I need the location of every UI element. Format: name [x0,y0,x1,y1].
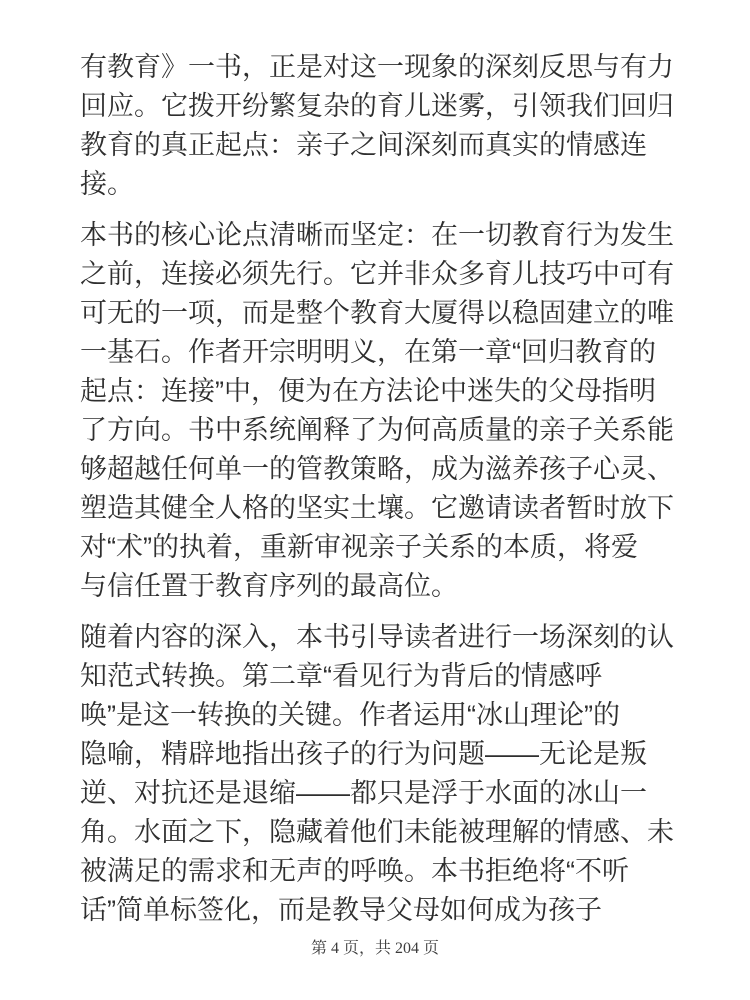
text-line: 唤”是这一转换的关键。作者运用“冰山理论”的 [80,696,680,735]
text-line: 角。水面之下，隐藏着他们未能被理解的情感、未 [80,813,680,852]
text-line: 可无的一项，而是整个教育大厦得以稳固建立的唯 [80,294,680,333]
text-line: 随着内容的深入，本书引导读者进行一场深刻的认 [80,618,680,657]
text-line: 之前，连接必须先行。它并非众多育儿技巧中可有 [80,255,680,294]
text-line: 够超越任何单一的管教策略，成为滋养孩子心灵、 [80,450,680,489]
text-line: 对“术”的执着，重新审视亲子关系的本质，将爱 [80,528,680,567]
text-line: 接。 [80,165,680,204]
text-line: 一基石。作者开宗明明义，在第一章“回归教育的 [80,333,680,372]
text-line: 了方向。书中系统阐释了为何高质量的亲子关系能 [80,411,680,450]
page-number-footer: 第 4 页，共 204 页 [0,938,750,960]
paragraph: 有教育》一书，正是对这一现象的深刻反思与有力 回应。它拨开纷繁复杂的育儿迷雾，引… [80,48,680,204]
text-line: 教育的真正起点：亲子之间深刻而真实的情感连 [80,126,680,165]
text-line: 逆、对抗还是退缩——都只是浮于水面的冰山一 [80,774,680,813]
text-line: 回应。它拨开纷繁复杂的育儿迷雾，引领我们回归 [80,87,680,126]
text-line: 被满足的需求和无声的呼唤。本书拒绝将“不听 [80,852,680,891]
text-line: 有教育》一书，正是对这一现象的深刻反思与有力 [80,48,680,87]
text-line: 隐喻，精辟地指出孩子的行为问题——无论是叛 [80,735,680,774]
text-line: 塑造其健全人格的坚实土壤。它邀请读者暂时放下 [80,489,680,528]
text-line: 起点：连接”中，便为在方法论中迷失的父母指明 [80,372,680,411]
text-line: 话”简单标签化，而是教导父母如何成为孩子 [80,891,680,930]
paragraph: 本书的核心论点清晰而坚定：在一切教育行为发生 之前，连接必须先行。它并非众多育儿… [80,216,680,606]
text-line: 本书的核心论点清晰而坚定：在一切教育行为发生 [80,216,680,255]
document-page: 有教育》一书，正是对这一现象的深刻反思与有力 回应。它拨开纷繁复杂的育儿迷雾，引… [0,0,750,1000]
text-line: 与信任置于教育序列的最高位。 [80,567,680,606]
text-line: 知范式转换。第二章“看见行为背后的情感呼 [80,657,680,696]
paragraph: 随着内容的深入，本书引导读者进行一场深刻的认 知范式转换。第二章“看见行为背后的… [80,618,680,930]
